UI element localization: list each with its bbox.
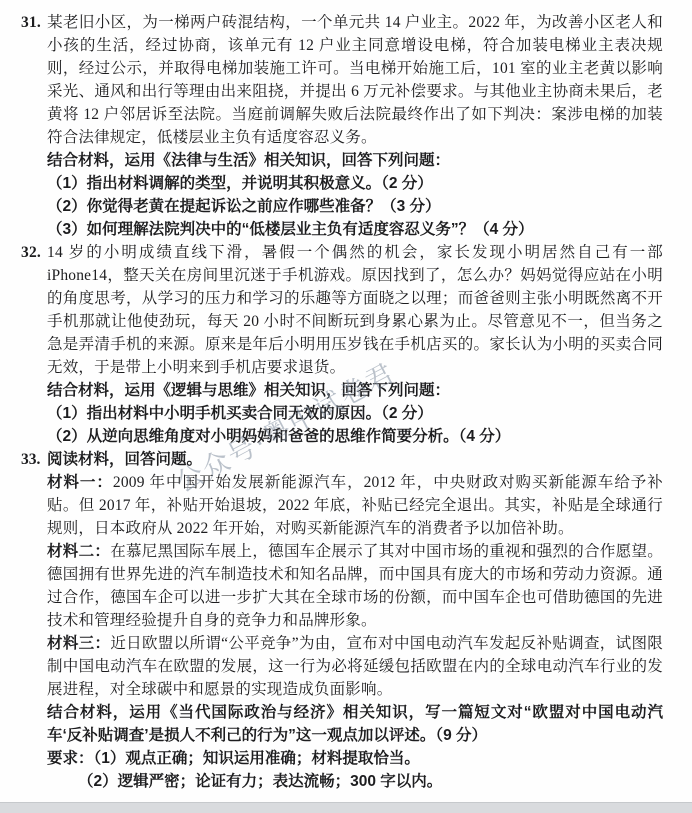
material-2-text: 在慕尼黑国际车展上，德国车企展示了其对中国市场的重视和强烈的合作愿望。德国拥有世… bbox=[47, 543, 663, 629]
material-3-text: 近日欧盟以所谓“公平竞争”为由，宣布对中国电动汽车发起反补贴调查，试图限制中国电… bbox=[47, 635, 663, 698]
question-31-subquestion-3: （3）如何理解法院判决中的“低楼层业主负有适度容忍义务”？（4 分） bbox=[47, 218, 663, 241]
question-31: 31.某老旧小区，为一梯两户砖混结构，一个单元共 14 户业主。2022 年，为… bbox=[47, 11, 663, 241]
exam-scan-page: { "watermark": { "text": "公众号·粤中试卷君" }, … bbox=[0, 0, 692, 813]
question-32-number: 32. bbox=[21, 241, 47, 264]
exam-content: 31.某老旧小区，为一梯两户砖混结构，一个单元共 14 户业主。2022 年，为… bbox=[47, 11, 663, 793]
material-1-text: 2009 年中国开始发展新能源汽车，2012 年，中央财政对购买新能源车给予补贴… bbox=[47, 474, 663, 537]
question-32: 32.14 岁的小明成绩直线下滑，暑假一个偶然的机会，家长发现小明居然自己有一部… bbox=[47, 241, 663, 448]
question-33-requirement-2: （2）逻辑严密；论证有力；表达流畅；300 字以内。 bbox=[47, 770, 663, 793]
question-33-number: 33. bbox=[21, 448, 47, 471]
material-2-label: 材料二： bbox=[47, 543, 110, 560]
question-31-number: 31. bbox=[21, 11, 47, 34]
question-31-prompt: 结合材料，运用《法律与生活》相关知识，回答下列问题： bbox=[47, 149, 663, 172]
scan-edge-bar bbox=[0, 802, 692, 813]
question-33-intro: 33.阅读材料，回答问题。 bbox=[47, 448, 663, 471]
question-33-prompt: 结合材料，运用《当代国际政治与经济》相关知识，写一篇短文对“欧盟对中国电动汽车‘… bbox=[47, 701, 663, 747]
material-3-label: 材料三： bbox=[47, 635, 110, 652]
question-33-material-3: 材料三：近日欧盟以所谓“公平竞争”为由，宣布对中国电动汽车发起反补贴调查，试图限… bbox=[47, 632, 663, 701]
question-33-requirement-1: 要求：（1）观点正确；知识运用准确；材料提取恰当。 bbox=[47, 747, 663, 770]
question-31-material: 31.某老旧小区，为一梯两户砖混结构，一个单元共 14 户业主。2022 年，为… bbox=[47, 11, 663, 149]
question-32-material-text: 14 岁的小明成绩直线下滑，暑假一个偶然的机会，家长发现小明居然自己有一部 iP… bbox=[47, 244, 663, 376]
question-33-intro-text: 阅读材料，回答问题。 bbox=[47, 451, 202, 468]
question-33-material-2: 材料二：在慕尼黑国际车展上，德国车企展示了其对中国市场的重视和强烈的合作愿望。德… bbox=[47, 540, 663, 632]
question-31-material-text: 某老旧小区，为一梯两户砖混结构，一个单元共 14 户业主。2022 年，为改善小… bbox=[47, 14, 663, 146]
question-32-subquestion-2: （2）从逆向思维角度对小明妈妈和爸爸的思维作简要分析。（4 分） bbox=[47, 425, 663, 448]
question-31-subquestion-1: （1）指出材料调解的类型，并说明其积极意义。（2 分） bbox=[47, 172, 663, 195]
question-31-subquestion-2: （2）你觉得老黄在提起诉讼之前应作哪些准备？（3 分） bbox=[47, 195, 663, 218]
question-33-material-1: 材料一：2009 年中国开始发展新能源汽车，2012 年，中央财政对购买新能源车… bbox=[47, 471, 663, 540]
question-32-material: 32.14 岁的小明成绩直线下滑，暑假一个偶然的机会，家长发现小明居然自己有一部… bbox=[47, 241, 663, 379]
question-32-subquestion-1: （1）指出材料中小明手机买卖合同无效的原因。（2 分） bbox=[47, 402, 663, 425]
material-1-label: 材料一： bbox=[47, 474, 113, 491]
question-33: 33.阅读材料，回答问题。 材料一：2009 年中国开始发展新能源汽车，2012… bbox=[47, 448, 663, 793]
question-32-prompt: 结合材料，运用《逻辑与思维》相关知识，回答下列问题： bbox=[47, 379, 663, 402]
